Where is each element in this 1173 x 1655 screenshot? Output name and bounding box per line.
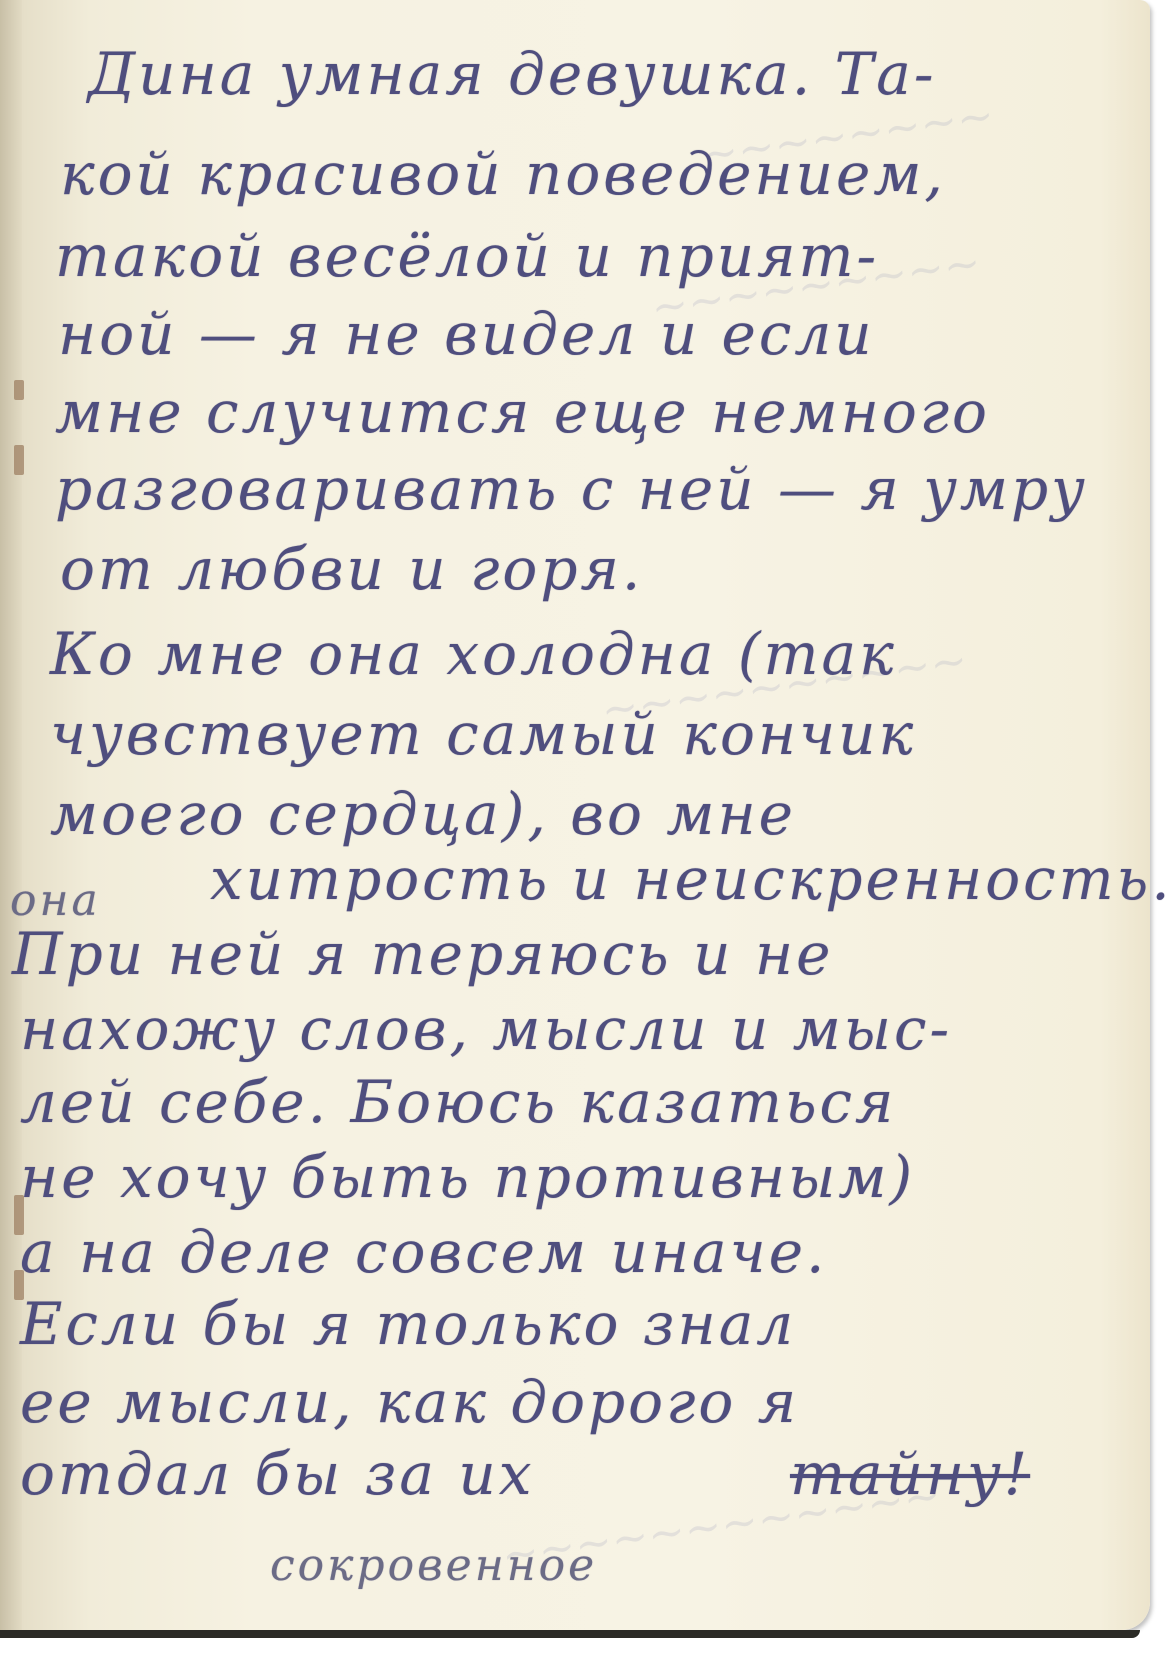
handwritten-line: чувствует самый кончик: [50, 700, 916, 768]
handwritten-line: Если бы я только знал: [20, 1290, 796, 1358]
rust-stain: [14, 445, 24, 475]
handwritten-line: Ко мне она холодна (так: [50, 620, 897, 688]
page-gutter: [0, 0, 22, 1630]
handwritten-line: Дина умная девушка. Та-: [88, 40, 936, 108]
handwritten-line: ее мысли, как дорого я: [20, 1368, 799, 1436]
handwritten-line: от любви и горя.: [60, 535, 643, 603]
handwritten-line: мне случится еще немного: [55, 378, 990, 446]
handwritten-line: а на деле совсем иначе.: [20, 1218, 827, 1286]
rust-stain: [14, 380, 24, 400]
handwritten-margin-word: она: [10, 875, 101, 926]
struck-through-word: тайну!: [790, 1440, 1030, 1508]
handwritten-line: кой красивой поведением,: [60, 140, 946, 208]
handwritten-line: хитрость и неискренность.: [210, 845, 1173, 913]
notebook-page: ~~~~~~~~ ~~~~~~~~~ ~~~~~~~~~~ ~~~~~~~~~~…: [0, 0, 1150, 1630]
handwritten-line: такой весёлой и прият-: [55, 222, 879, 290]
handwritten-line: При ней я теряюсь и не: [12, 920, 833, 988]
handwritten-line: моего сердца), во мне: [50, 780, 796, 848]
handwritten-line: не хочу быть противным): [20, 1143, 915, 1211]
page-bottom-edge: [0, 1630, 1140, 1638]
handwritten-line: лей себе. Боюсь казаться: [20, 1068, 896, 1136]
handwritten-line: разговаривать с ней — я умру: [55, 455, 1088, 523]
handwritten-line: ной — я не видел и если: [58, 300, 875, 368]
handwritten-line: отдал бы за их: [20, 1440, 534, 1508]
correction-word: сокровенное: [270, 1540, 597, 1591]
handwritten-line: нахожу слов, мысли и мыс-: [20, 995, 952, 1063]
